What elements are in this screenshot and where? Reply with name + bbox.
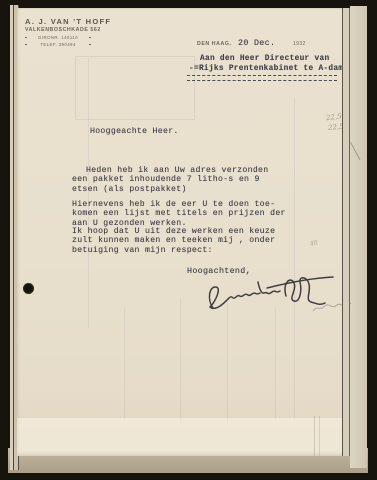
paragraph-1: Heden heb ik aan Uw adres verzonden een … [72, 166, 314, 194]
letterhead-dot-icon [89, 37, 91, 39]
letterhead-dot-icon [25, 44, 27, 46]
addressee-underline [187, 75, 337, 81]
paper-edge-right [342, 8, 350, 456]
body-line: betuiging van mijn respect: [72, 246, 314, 255]
dateline-day: 20 Dec. [238, 38, 275, 48]
letter-page: A. J. VAN 'T HOFF VALKENBOSCHKADE 562 GI… [17, 8, 350, 456]
letterhead-name: A. J. VAN 'T HOFF [25, 17, 111, 26]
bleed-through-line [124, 308, 125, 420]
fold-crease [314, 416, 320, 456]
letterhead-dot-icon [89, 44, 91, 46]
letterhead-giro-row: GIRONR. 140110 [25, 35, 91, 40]
dateline-year: 1932 [293, 41, 306, 47]
letterhead-dot-icon [25, 37, 27, 39]
punch-hole [23, 283, 34, 294]
bleed-through-box [75, 56, 195, 120]
letterhead-phone-row: TELEF. 390494 [25, 42, 91, 47]
bleed-through-line [180, 298, 181, 423]
paragraph-2: Hiernevens heb ik de eer U te doen toe- … [72, 200, 314, 228]
body-line: Hiernevens heb ik de eer U te doen toe- [72, 200, 314, 209]
body-line: Ik hoop dat U uit deze werken een keuze [72, 227, 314, 236]
body-line: etsen (als postpakket) [72, 185, 314, 194]
salutation: Hooggeachte Heer. [90, 127, 179, 136]
paragraph-3: Ik hoop dat U uit deze werken een keuze … [72, 227, 314, 255]
bleed-through-line [275, 308, 276, 420]
letterhead-giro: GIRONR. 140110 [38, 35, 78, 40]
letterhead-street: VALKENBOSCHKADE 562 [25, 27, 101, 33]
body-line: een pakket inhoudende 7 litho-s en 9 [72, 175, 314, 184]
body-line: komen een lijst met titels en prijzen de… [72, 209, 314, 218]
photo-background: A. J. VAN 'T HOFF VALKENBOSCHKADE 562 GI… [0, 0, 377, 480]
bleed-through-line [294, 98, 295, 420]
addressee-line-1: Aan den Heer Directeur van [200, 55, 329, 63]
addressee-line-2: -=Rijks Prentenkabinet te A-dam. [189, 65, 348, 73]
bleed-through-line [227, 303, 228, 423]
backing-sheet-right [350, 6, 367, 468]
body-line: Heden heb ik aan Uw adres verzonden [72, 166, 314, 175]
body-line: zult kunnen maken en teeken mij , onder [72, 236, 314, 245]
letterhead-phone: TELEF. 390494 [40, 42, 75, 47]
bleed-through-band [17, 418, 350, 456]
dateline-place: DEN HAAG, [197, 41, 232, 47]
pencil-annotation-note: 40 [309, 239, 318, 247]
